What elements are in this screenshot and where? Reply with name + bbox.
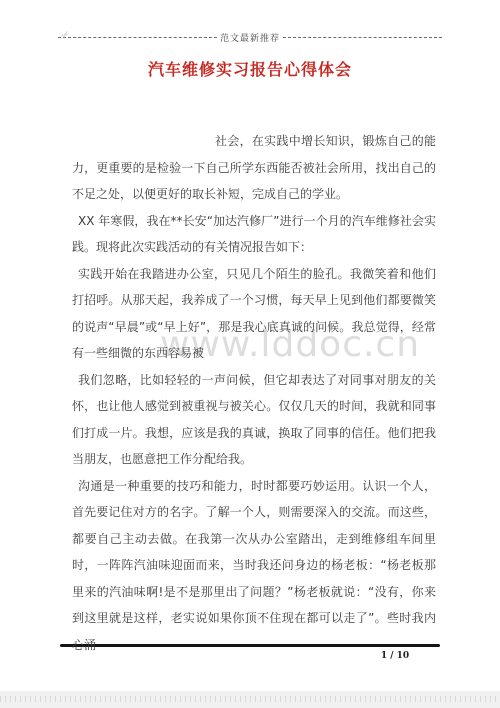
- header-label: 范文最新推荐: [220, 31, 280, 44]
- header-dash-right: [283, 37, 442, 38]
- paragraph-4: 我们忽略，比如轻轻的一声问候，但它却表达了对同事对朋友的关怀，也让他人感觉到被重…: [72, 367, 436, 473]
- header-dash-left: [58, 37, 217, 38]
- bottom-edge-strip: [0, 691, 500, 708]
- paragraph-1: 社会，在实践中增长知识，锻炼自己的能力，更重要的是检验一下自己所学东西能否被社会…: [72, 128, 436, 208]
- document-title: 汽车维修实习报告心得体会: [0, 57, 500, 80]
- document-body: 社会，在实践中增长知识，锻炼自己的能力，更重要的是检验一下自己所学东西能否被社会…: [72, 128, 436, 658]
- paragraph-5: 沟通是一种重要的技巧和能力，时时都要巧妙运用。认识一个人，首先要记住对方的名字。…: [72, 473, 436, 659]
- paragraph-2: XX 年寒假，我在**长安“加达汽修厂”进行一个月的汽车维修社会实践。现将此次实…: [72, 208, 436, 261]
- document-page: ✂ 范文最新推荐 汽车维修实习报告心得体会 www.lddoc.cn 社会，在实…: [0, 0, 500, 708]
- header-divider: ✂ 范文最新推荐: [58, 30, 442, 44]
- paragraph-3: 实践开始在我踏进办公室，只见几个陌生的脸孔。我微笑着和他们打招呼。从那天起，我养…: [72, 261, 436, 367]
- scissors-icon: ✂: [60, 29, 73, 42]
